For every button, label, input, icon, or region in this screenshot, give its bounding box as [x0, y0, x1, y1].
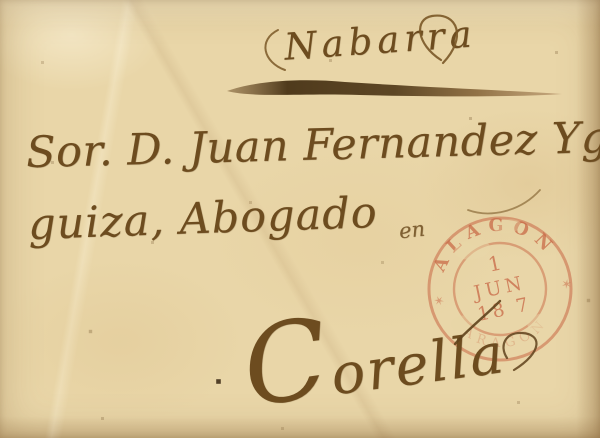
- destination-region-text: Nabarra: [283, 15, 478, 65]
- destination-town-text: Corella: [237, 280, 509, 422]
- ink-smear-underline: [227, 80, 562, 96]
- address-line-2: guiza, Abogado: [27, 192, 378, 247]
- postal-cover-photo: ALAGON ARAGON 1 JUN 18 7 ✶ ✶ Nabarra Sor…: [0, 0, 600, 438]
- postmark-right-ornament-icon: ✶: [560, 277, 573, 293]
- paper-specks: [0, 0, 1, 1]
- postmark-day: 1: [486, 251, 503, 277]
- address-connector-text: en: [398, 219, 426, 243]
- address-line-1: Sor. D. Juan Fernandez Ygui: [26, 116, 600, 175]
